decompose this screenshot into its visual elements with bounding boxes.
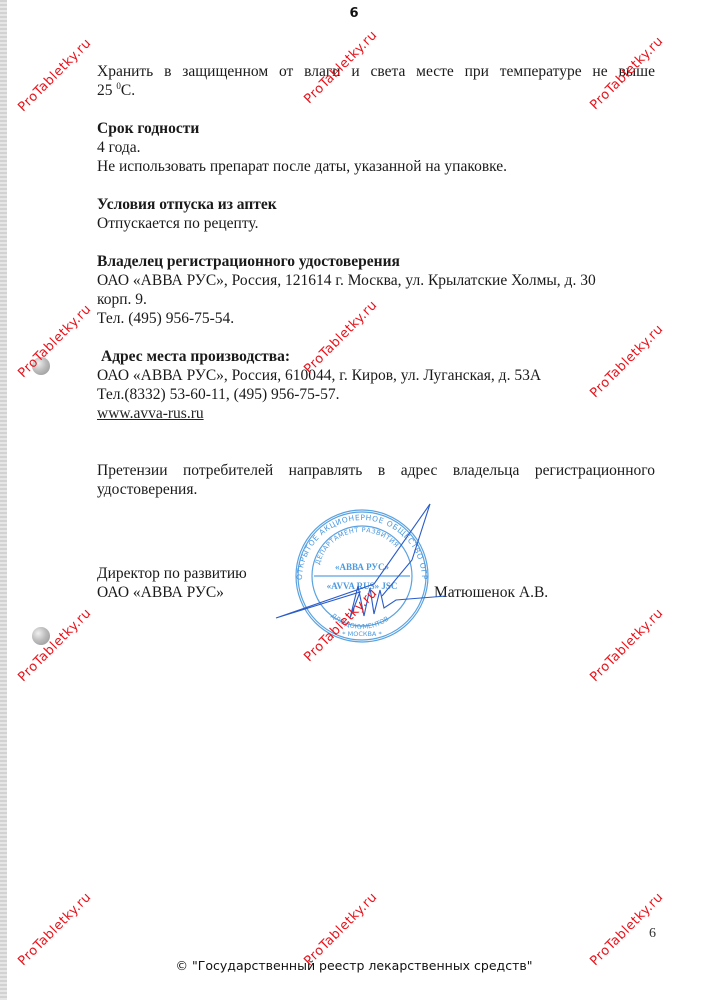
document-body: Хранить в защищенном от влаги и света ме… — [97, 62, 655, 499]
svg-text:ДЛЯ ДОКУМЕНТОВ: ДЛЯ ДОКУМЕНТОВ — [329, 612, 390, 631]
page-number-top: 6 — [0, 6, 708, 21]
binder-hole-icon — [32, 627, 50, 645]
watermark-text: ProTabletky.ru — [587, 606, 666, 685]
signatory-position: Директор по развитию — [97, 564, 247, 583]
copyright-footer: © "Государственный реестр лекарственных … — [0, 958, 708, 973]
shelf-life-note: Не использовать препарат после даты, ука… — [97, 157, 655, 176]
claims-text: Претензии потребителей направлять в адре… — [97, 461, 655, 480]
website-link[interactable]: www.avva-rus.ru — [97, 405, 204, 422]
dispensing-heading: Условия отпуска из аптек — [97, 195, 655, 214]
page-number-bottom: 6 — [649, 926, 656, 942]
production-address: ОАО «АВВА РУС», Россия, 610044, г. Киров… — [97, 366, 655, 385]
holder-address-line1: ОАО «АВВА РУС», Россия, 121614 г. Москва… — [97, 271, 655, 290]
dispensing-value: Отпускается по рецепту. — [97, 214, 655, 233]
holder-phone: Тел. (495) 956-75-54. — [97, 309, 655, 328]
watermark-text: ProTabletky.ru — [15, 302, 94, 381]
shelf-life-heading: Срок годности — [97, 119, 655, 138]
signatory-company: ОАО «АВВА РУС» — [97, 583, 247, 602]
binder-hole-icon — [32, 357, 50, 375]
shelf-life-value: 4 года. — [97, 138, 655, 157]
production-phone: Тел.(8332) 53-60-11, (495) 956-75-57. — [97, 385, 655, 404]
svg-text:«АВВА РУС»: «АВВА РУС» — [335, 562, 390, 572]
holder-heading: Владелец регистрационного удостоверения — [97, 252, 655, 271]
signatory-title: Директор по развитию ОАО «АВВА РУС» — [97, 564, 247, 602]
storage-temperature: 25 0С. — [97, 81, 655, 100]
watermark-text: ProTabletky.ru — [15, 36, 94, 115]
storage-text: Хранить в защищенном от влаги и света ме… — [97, 62, 655, 81]
svg-text:* МОСКВА *: * МОСКВА * — [342, 630, 382, 638]
company-stamp-with-signature: ОТКРЫТОЕ АКЦИОНЕРНОЕ ОБЩЕСТВО ОГРН 10343… — [262, 500, 462, 650]
holder-address-line2: корп. 9. — [97, 290, 655, 309]
production-heading: Адрес места производства: — [97, 347, 655, 366]
scan-left-edge — [0, 0, 7, 1000]
claims-text-cont: удостоверения. — [97, 480, 655, 499]
watermark-text: ProTabletky.ru — [15, 606, 94, 685]
